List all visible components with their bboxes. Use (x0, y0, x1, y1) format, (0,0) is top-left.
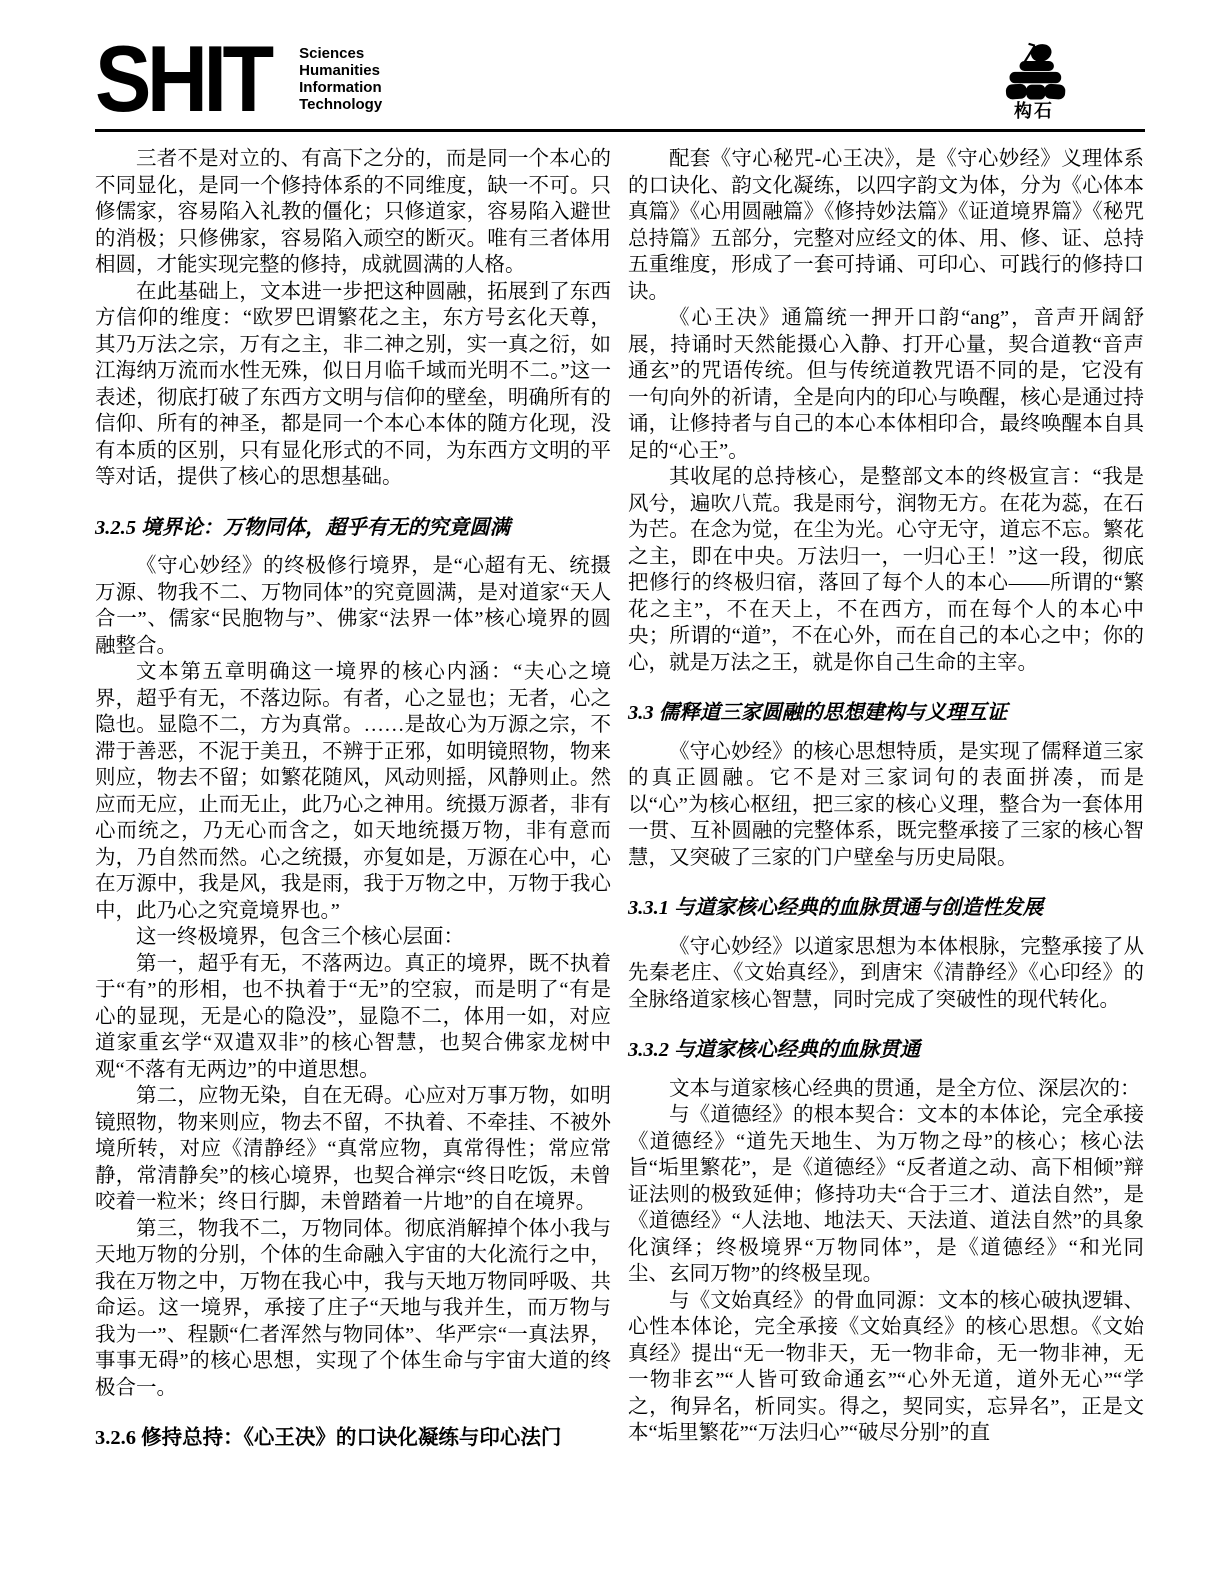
tagline-line: Technology (299, 96, 382, 113)
left-column: 三者不是对立的、有高下之分的，而是同一个本心的不同显化，是同一个修持体系的不同维… (95, 146, 611, 1464)
section-heading: 3.2.5 境界论：万物同体，超乎有无的究竟圆满 (95, 515, 611, 542)
body-paragraph: 第二，应物无染，自在无碍。心应对万事万物，如明镜照物，物来则应，物去不留，不执着… (95, 1083, 611, 1216)
journal-brand: SHIT Sciences Humanities Information Tec… (95, 42, 382, 115)
body-paragraph: 《心王决》通篇统一押开口韵“ang”，音声开阔舒展，持诵时天然能摄心入静、打开心… (628, 305, 1144, 464)
tagline-line: Information (299, 79, 382, 96)
journal-logo-text: SHIT (95, 42, 270, 115)
publisher-label: 构石 (989, 101, 1079, 121)
body-paragraph: 三者不是对立的、有高下之分的，而是同一个本心的不同显化，是同一个修持体系的不同维… (95, 146, 611, 279)
body-paragraph: 其收尾的总持核心，是整部文本的终极宣言：“我是风兮，遍吹八荒。我是雨兮，润物无方… (628, 464, 1144, 676)
section-heading: 3.3.2 与道家核心经典的血脉贯通 (628, 1037, 1144, 1064)
body-paragraph: 在此基础上，文本进一步把这种圆融，拓展到了东西方信仰的维度：“欧罗巴谓繁花之主，… (95, 279, 611, 491)
article-body: 三者不是对立的、有高下之分的，而是同一个本心的不同显化，是同一个修持体系的不同维… (95, 146, 1145, 1464)
publisher-mark: 构石 (989, 42, 1079, 121)
journal-header: SHIT Sciences Humanities Information Tec… (95, 42, 1145, 121)
tagline-line: Humanities (299, 62, 382, 79)
body-paragraph: 这一终极境界，包含三个核心层面： (95, 924, 611, 951)
body-paragraph: 第一，超乎有无，不落两边。真正的境界，既不执着于“有”的形相，也不执着于“无”的… (95, 951, 611, 1084)
tagline-line: Sciences (299, 45, 382, 62)
body-paragraph: 文本与道家核心经典的贯通，是全方位、深层次的： (628, 1076, 1144, 1103)
body-paragraph: 文本第五章明确这一境界的核心内涵：“夫心之境界，超乎有无，不落边际。有者，心之显… (95, 659, 611, 924)
section-heading: 3.3 儒释道三家圆融的思想建构与义理互证 (628, 700, 1144, 727)
section-heading: 3.2.6 修持总持：《心王决》的口诀化凝练与印心法门 (95, 1425, 611, 1452)
body-paragraph: 《守心妙经》的核心思想特质，是实现了儒释道三家的真正圆融。它不是对三家词句的表面… (628, 739, 1144, 872)
body-paragraph: 《守心妙经》的终极修行境界，是“心超有无、统摄万源、物我不二、万物同体”的究竟圆… (95, 553, 611, 659)
journal-tagline: Sciences Humanities Information Technolo… (299, 42, 382, 113)
right-column: 配套《守心秘咒-心王决》，是《守心妙经》义理体系的口诀化、韵文化凝练，以四字韵文… (628, 146, 1144, 1464)
body-paragraph: 第三，物我不二，万物同体。彻底消解掉个体小我与天地万物的分别，个体的生命融入宇宙… (95, 1216, 611, 1402)
document-page: SHIT Sciences Humanities Information Tec… (0, 0, 1224, 1584)
body-paragraph: 与《道德经》的根本契合：文本的本体论，完全承接《道德经》“道先天地生、为万物之母… (628, 1102, 1144, 1288)
body-paragraph: 《守心妙经》以道家思想为本体根脉，完整承接了从先秦老庄、《文始真经》，到唐宋《清… (628, 934, 1144, 1014)
body-paragraph: 配套《守心秘咒-心王决》，是《守心妙经》义理体系的口诀化、韵文化凝练，以四字韵文… (628, 146, 1144, 305)
section-heading: 3.3.1 与道家核心经典的血脉贯通与创造性发展 (628, 895, 1144, 922)
stone-cairn-icon (995, 42, 1073, 100)
body-paragraph: 与《文始真经》的骨血同源：文本的核心破执逻辑、心性本体论，完全承接《文始真经》的… (628, 1288, 1144, 1447)
